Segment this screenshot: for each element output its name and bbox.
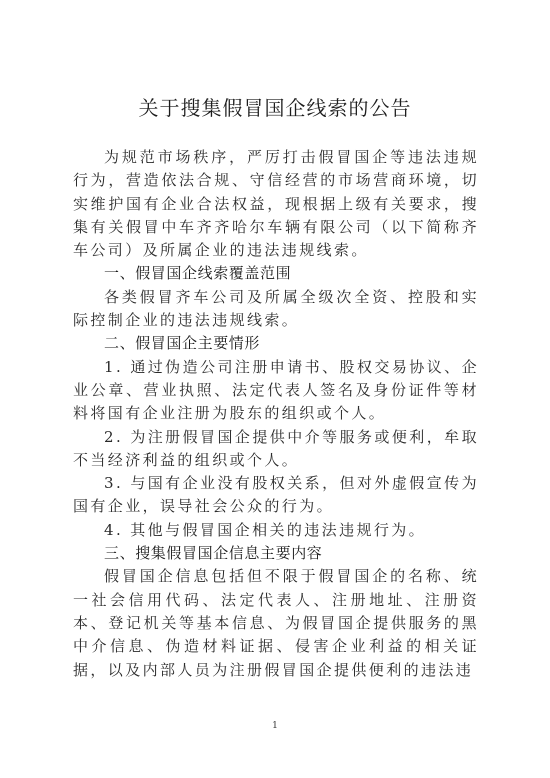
section-situations: 二、假冒国企主要情形 1. 通过伪造公司注册申请书、股权交易协议、企业公章、营业… bbox=[73, 332, 479, 542]
section-paragraph: 各类假冒齐车公司及所属全级次全资、控股和实际控制企业的违法违规线索。 bbox=[73, 286, 479, 333]
list-item: 2. 为注册假冒国企提供中介等服务或便利，牟取不当经济利益的组织或个人。 bbox=[73, 426, 479, 473]
section-heading: 三、搜集假冒国企信息主要内容 bbox=[73, 542, 479, 565]
page-number: 1 bbox=[0, 721, 550, 731]
section-heading: 二、假冒国企主要情形 bbox=[73, 332, 479, 355]
section-content: 三、搜集假冒国企信息主要内容 假冒国企信息包括但不限于假冒国企的名称、统一社会信… bbox=[73, 542, 479, 682]
section-paragraph: 假冒国企信息包括但不限于假冒国企的名称、统一社会信用代码、法定代表人、注册地址、… bbox=[73, 565, 479, 681]
list-item: 4. 其他与假冒国企相关的违法违规行为。 bbox=[73, 519, 479, 542]
section-scope: 一、假冒国企线索覆盖范围 各类假冒齐车公司及所属全级次全资、控股和实际控制企业的… bbox=[73, 262, 479, 332]
document-body: 为规范市场秩序，严厉打击假冒国企等违法违规行为，营造依法合规、守信经营的市场营商… bbox=[73, 146, 479, 682]
document-page: 关于搜集假冒国企线索的公告 为规范市场秩序，严厉打击假冒国企等违法违规行为，营造… bbox=[0, 0, 550, 778]
section-heading: 一、假冒国企线索覆盖范围 bbox=[73, 262, 479, 285]
list-item: 1. 通过伪造公司注册申请书、股权交易协议、企业公章、营业执照、法定代表人签名及… bbox=[73, 356, 479, 426]
intro-paragraph: 为规范市场秩序，严厉打击假冒国企等违法违规行为，营造依法合规、守信经营的市场营商… bbox=[73, 146, 479, 262]
list-item: 3. 与国有企业没有股权关系，但对外虚假宣传为国有企业，误导社会公众的行为。 bbox=[73, 472, 479, 519]
document-title: 关于搜集假冒国企线索的公告 bbox=[0, 92, 550, 121]
